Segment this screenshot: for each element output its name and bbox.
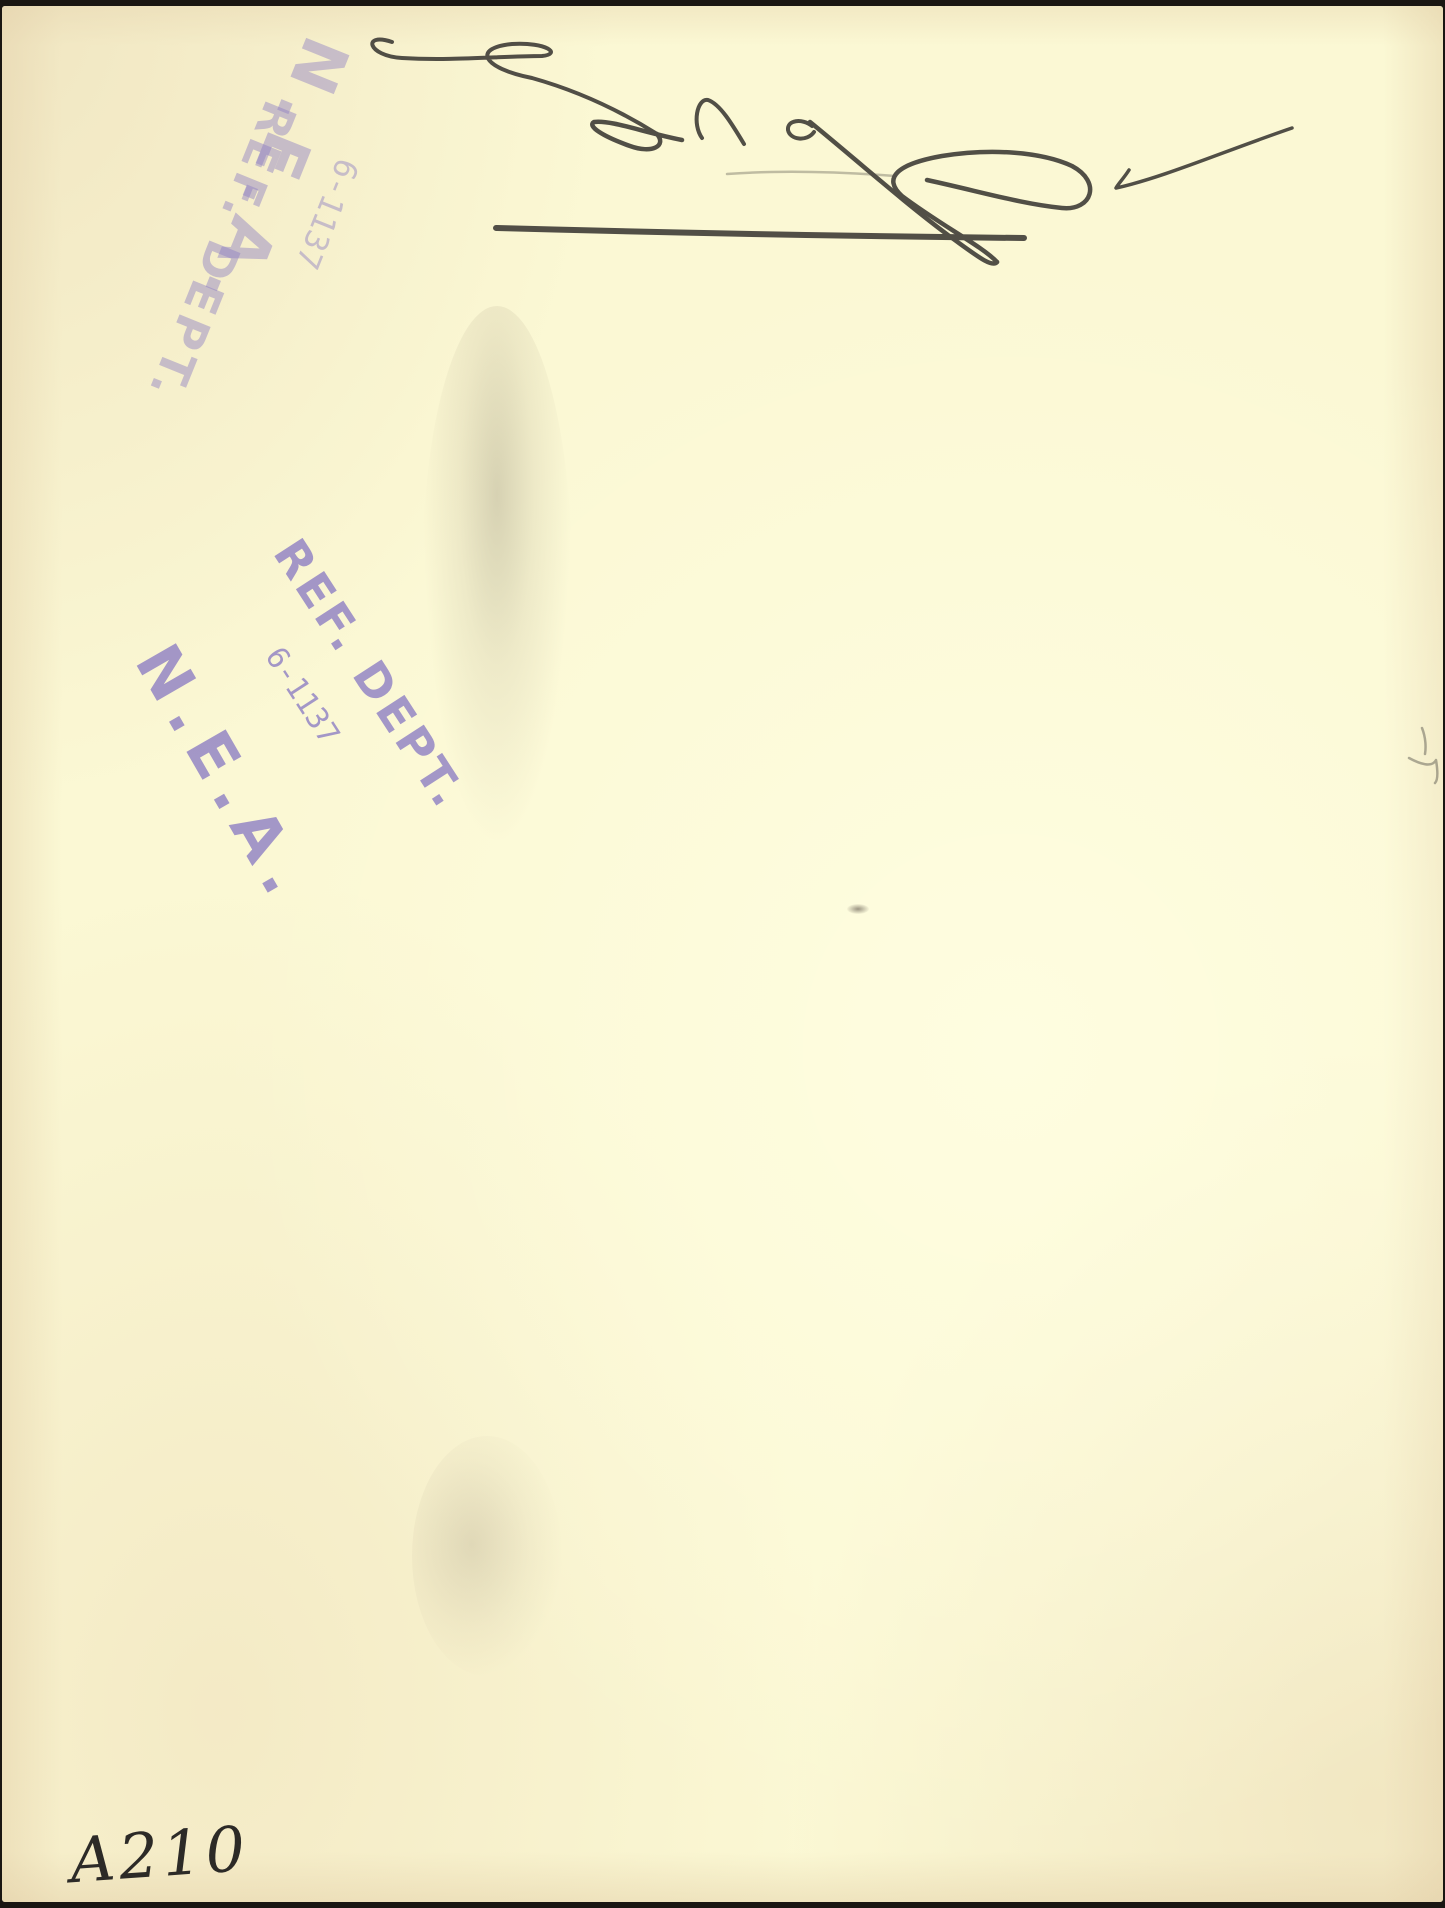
handwriting-layer	[2, 6, 1443, 1902]
photo-back-page: REF. DEPT. 6-1137 N.E.A. REF. DEPT. 6-11…	[2, 6, 1443, 1902]
check-mark-icon	[1116, 128, 1292, 188]
signature	[372, 40, 1090, 264]
reference-number: A210	[68, 1812, 252, 1897]
margin-mark	[1409, 728, 1437, 783]
